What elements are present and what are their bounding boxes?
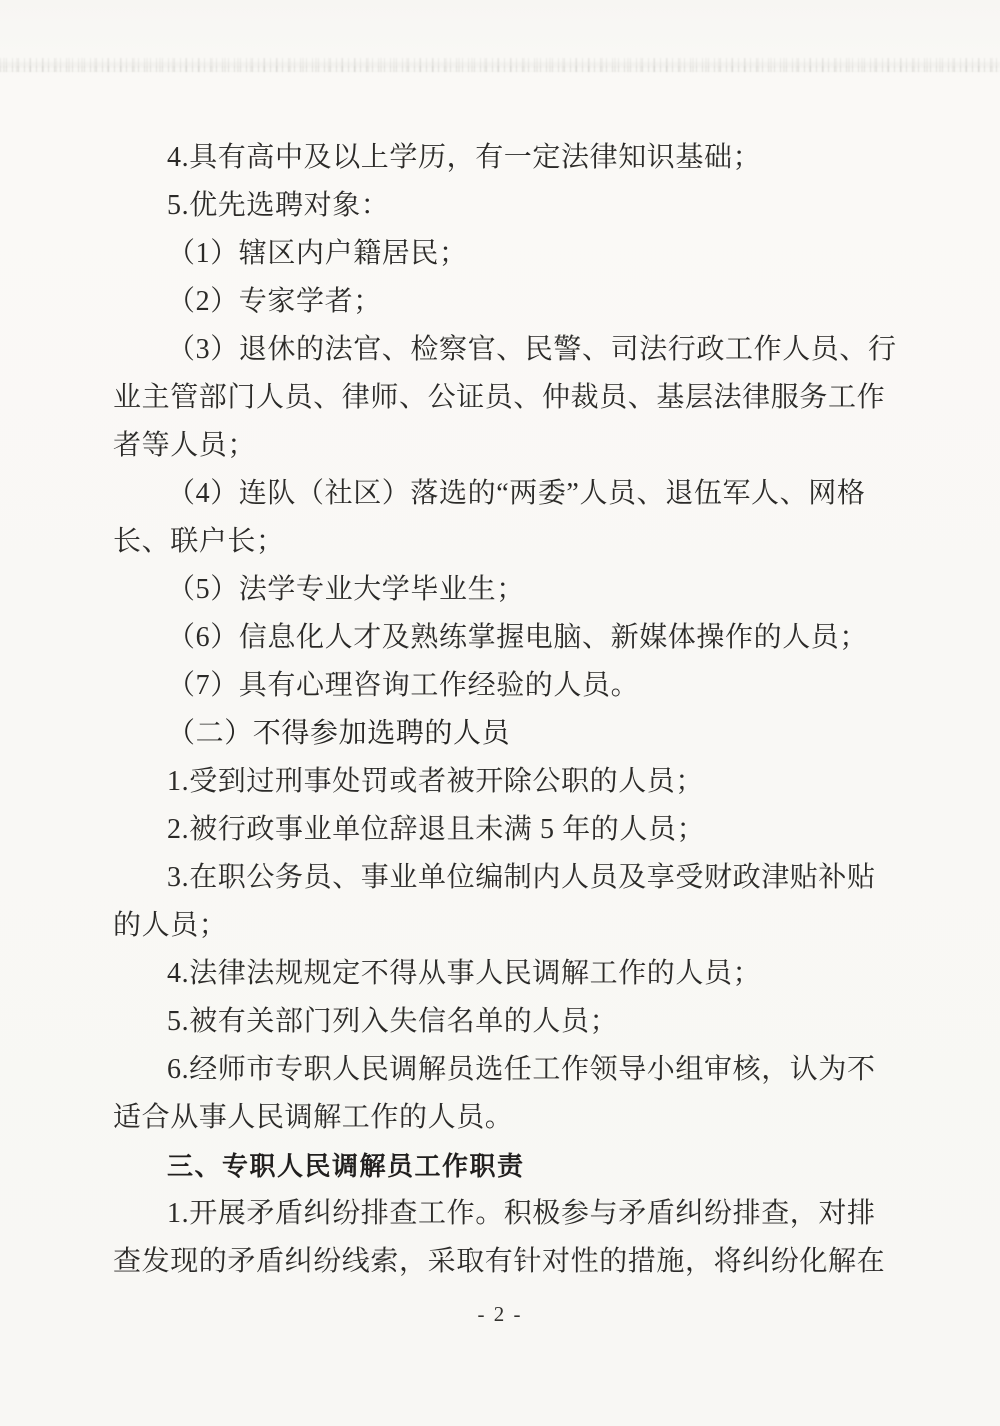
text-line: 适合从事人民调解工作的人员。 [113,1094,893,1142]
page-number: - 2 - [0,1302,1000,1327]
text-line: 4.具有高中及以上学历，有一定法律知识基础； [113,134,893,182]
text-line: 3.在职公务员、事业单位编制内人员及享受财政津贴补贴 [113,854,893,902]
text-line: 查发现的矛盾纠纷线索，采取有针对性的措施，将纠纷化解在 [113,1238,893,1286]
text-line: （2）专家学者； [113,278,893,326]
text-line: 6.经师市专职人民调解员选任工作领导小组审核，认为不 [113,1046,893,1094]
text-line: （7）具有心理咨询工作经验的人员。 [113,662,893,710]
section-heading: 三、专职人民调解员工作职责 [113,1142,893,1190]
text-line: （3）退休的法官、检察官、民警、司法行政工作人员、行 [113,326,893,374]
scan-noise-band-secondary [0,66,1000,72]
text-line: （5）法学专业大学毕业生； [113,566,893,614]
text-line: 5.优先选聘对象： [113,182,893,230]
text-line: 业主管部门人员、律师、公证员、仲裁员、基层法律服务工作 [113,374,893,422]
text-line: 4.法律法规规定不得从事人民调解工作的人员； [113,950,893,998]
text-line: （4）连队（社区）落选的“两委”人员、退伍军人、网格 [113,470,893,518]
text-line: （1）辖区内户籍居民； [113,230,893,278]
text-line: 5.被有关部门列入失信名单的人员； [113,998,893,1046]
text-line: 者等人员； [113,422,893,470]
text-line: 的人员； [113,902,893,950]
text-line: （6）信息化人才及熟练掌握电脑、新媒体操作的人员； [113,614,893,662]
text-line: 2.被行政事业单位辞退且未满 5 年的人员； [113,806,893,854]
document-body: 4.具有高中及以上学历，有一定法律知识基础；5.优先选聘对象：（1）辖区内户籍居… [113,134,893,1286]
sub-section-heading: （二）不得参加选聘的人员 [113,710,893,758]
text-line: 长、联户长； [113,518,893,566]
text-line: 1.开展矛盾纠纷排查工作。积极参与矛盾纠纷排查，对排 [113,1190,893,1238]
text-line: 1.受到过刑事处罚或者被开除公职的人员； [113,758,893,806]
